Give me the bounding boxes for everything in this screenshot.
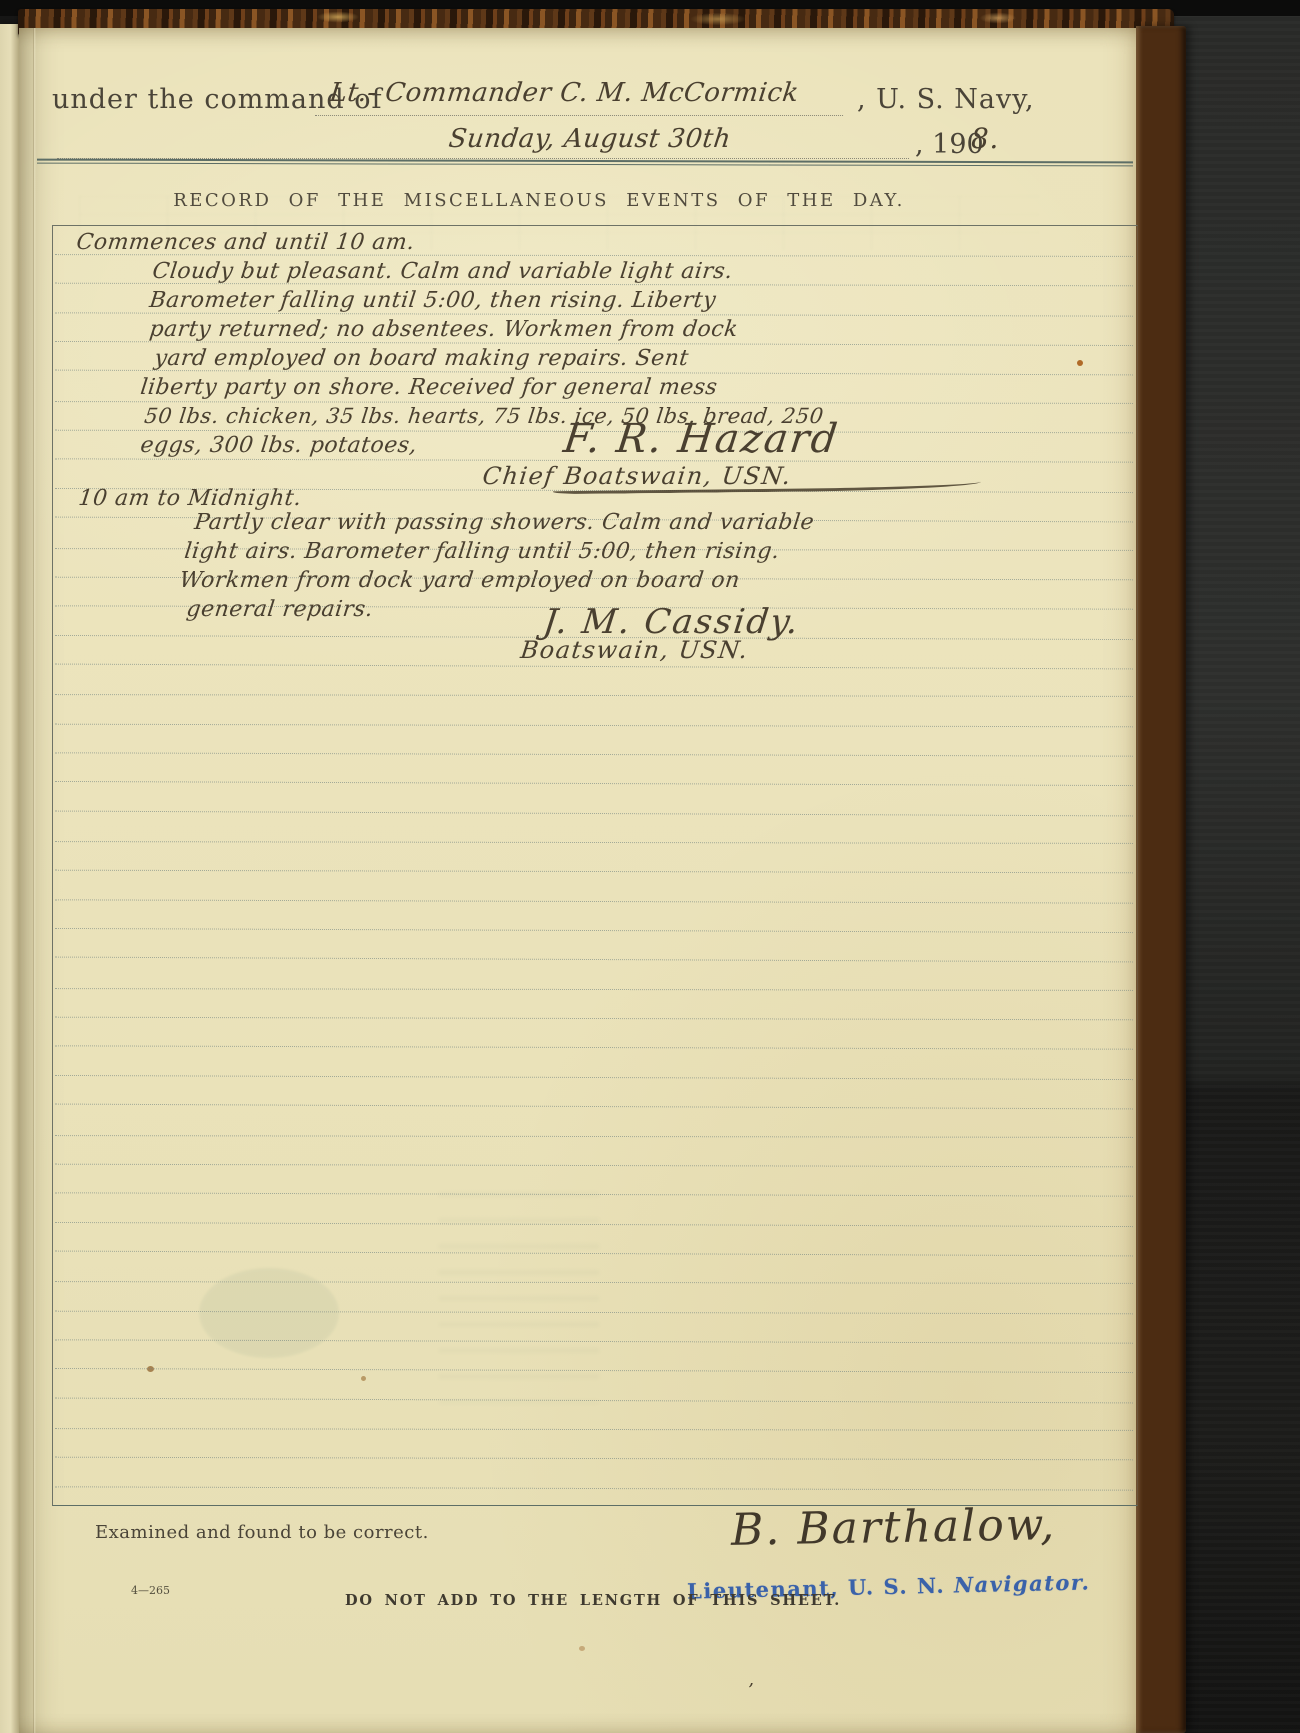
- log-entry-line: yard employed on board making repairs. S…: [153, 346, 690, 371]
- form-number: 4—265: [131, 1584, 170, 1597]
- ruled-line: [55, 1192, 1133, 1196]
- year-digit-handwritten: 8.: [971, 122, 999, 155]
- ruled-line: [55, 810, 1133, 816]
- ruled-line: [55, 1075, 1133, 1080]
- ruled-line: [55, 1104, 1133, 1110]
- foxing-spot: [579, 1646, 585, 1651]
- logbook-photo: under the command of Lt.- Commander C. M…: [0, 0, 1300, 1733]
- log-entry-line: eggs, 300 lbs. potatoes,: [139, 433, 419, 458]
- ruled-line: [55, 899, 1133, 903]
- log-entry-line: Cloudy but pleasant. Calm and variable l…: [151, 259, 734, 284]
- log-entry-heading: Commences and until 10 am.: [75, 230, 416, 255]
- ruled-line: [55, 1339, 1133, 1343]
- navigator-signature: B. Barthalow,: [731, 1499, 1057, 1556]
- ruled-line: [55, 663, 1133, 669]
- commander-name-handwritten: Lt.- Commander C. M. McCormick: [315, 78, 848, 116]
- ruled-line: [55, 988, 1133, 991]
- ruled-line: [55, 1397, 1133, 1403]
- book-right-marbled-edge: [1136, 26, 1186, 1733]
- log-entry-line: party returned; no absentees. Workmen fr…: [148, 317, 740, 342]
- ruled-line: [55, 1457, 1133, 1461]
- gutter-crease: [33, 28, 36, 1733]
- log-entry-heading: 10 am to Midnight.: [77, 486, 303, 511]
- ruled-line: [55, 723, 1133, 727]
- ruled-line: [55, 1486, 1133, 1490]
- signature-title-hazard: Chief Boatswain, USN.: [481, 462, 794, 490]
- ruled-line: [55, 1281, 1133, 1284]
- ruled-line: [55, 1250, 1133, 1256]
- log-entry-line: general repairs.: [185, 597, 375, 622]
- stray-ink-mark: ’: [748, 1680, 754, 1701]
- date-handwritten: Sunday, August 30th: [447, 124, 733, 154]
- log-entry-line: Workmen from dock yard employed on board…: [178, 568, 741, 593]
- ruled-line: [55, 1135, 1133, 1138]
- log-entry-line: liberty party on shore. Received for gen…: [139, 375, 719, 400]
- facing-page-edge: [0, 24, 19, 1733]
- ruled-line: [55, 752, 1133, 756]
- stamp-role: Navigator.: [954, 1569, 1091, 1597]
- examined-statement: Examined and found to be correct.: [95, 1522, 429, 1543]
- ruled-line: [55, 1368, 1133, 1373]
- log-entry-line: Barometer falling until 5:00, then risin…: [148, 288, 717, 313]
- ruled-line: [55, 1310, 1133, 1314]
- ruled-line: [55, 1046, 1133, 1050]
- ruled-line: [55, 870, 1133, 874]
- log-entry-line: light airs. Barometer falling until 5:00…: [183, 539, 781, 564]
- signature-hazard: F. R. Hazard: [561, 416, 842, 462]
- ruled-line: [55, 957, 1133, 963]
- ruled-line: [55, 694, 1133, 697]
- length-warning: DO NOT ADD TO THE LENGTH OF THIS SHEET.: [345, 1592, 841, 1609]
- section-title: RECORD OF THE MISCELLANEOUS EVENTS OF TH…: [19, 190, 1059, 211]
- printed-navy-suffix: , U. S. Navy,: [857, 84, 1035, 115]
- ruled-line: [55, 1017, 1133, 1021]
- log-page: under the command of Lt.- Commander C. M…: [19, 28, 1136, 1733]
- ruled-line: [55, 781, 1133, 786]
- ruled-line: [55, 928, 1133, 933]
- record-box: Commences and until 10 am. Cloudy but pl…: [52, 225, 1138, 1506]
- ruled-line: [55, 1221, 1133, 1226]
- log-entry-line: Partly clear with passing showers. Calm …: [193, 510, 816, 535]
- signature-title-cassidy: Boatswain, USN.: [519, 636, 750, 664]
- ruled-line: [55, 1164, 1133, 1168]
- ruled-line: [55, 841, 1133, 844]
- ruled-line: [55, 1428, 1133, 1431]
